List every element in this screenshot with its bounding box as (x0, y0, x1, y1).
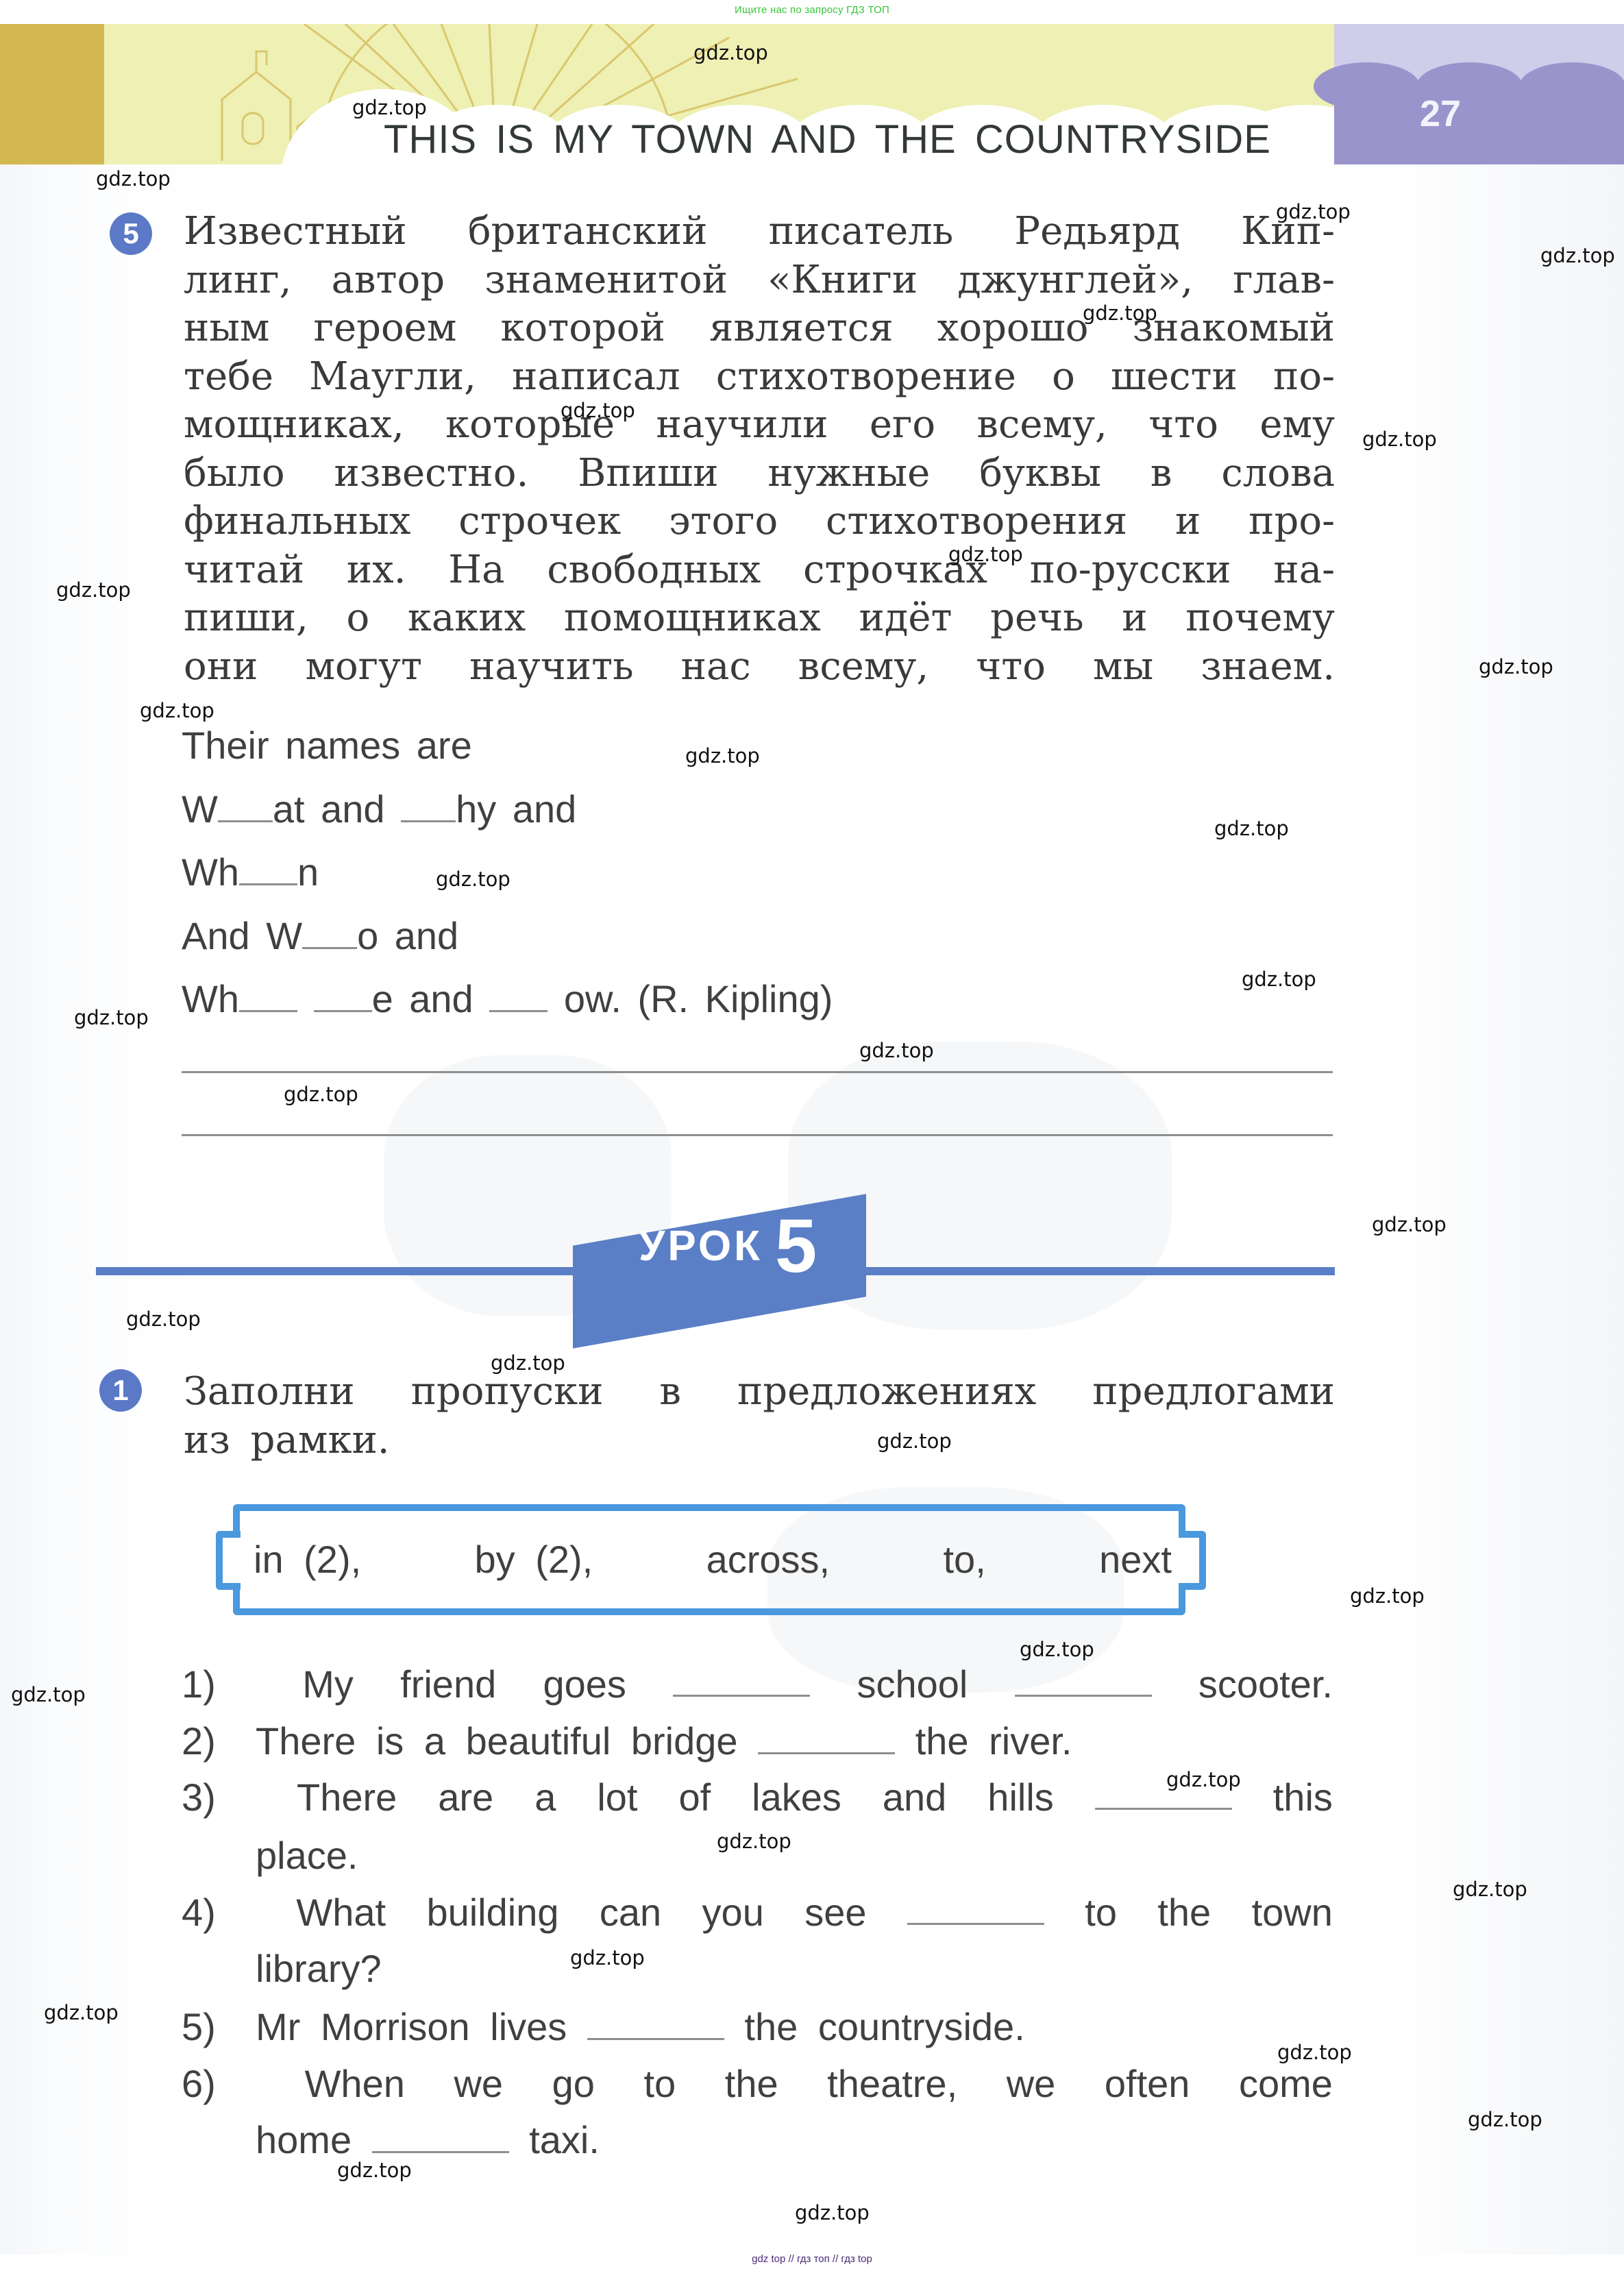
sentence-number: 6) (182, 2061, 256, 2106)
watermark-text: gdz.top (352, 96, 427, 119)
watermark-text: gdz.top (1083, 302, 1157, 325)
word-bank-item: next (1099, 1537, 1172, 1582)
poem-line-2: Wat and hy and (182, 787, 576, 831)
watermark-text: gdz.top (685, 744, 760, 768)
watermark-text: gdz.top (1350, 1584, 1425, 1608)
watermark-text: gdz.top (436, 868, 510, 891)
watermark-text: gdz.top (1277, 2041, 1352, 2064)
watermark-text: gdz.top (491, 1351, 565, 1375)
page-number-band (1334, 86, 1624, 164)
watermark-text: gdz.top (1468, 2108, 1542, 2131)
fill-blank[interactable] (302, 914, 357, 949)
watermark-text: gdz.top (1166, 1768, 1241, 1791)
answer-writing-line[interactable] (182, 1134, 1333, 1136)
promo-banner-top[interactable]: Ищите нас по запросу ГДЗ ТОП (0, 4, 1624, 16)
watermark-text: gdz.top (877, 1429, 952, 1453)
fill-blank[interactable] (239, 850, 297, 885)
watermark-text: gdz.top (1362, 428, 1437, 451)
word-bank-item: to, (943, 1537, 985, 1582)
poem-line-3: Whn (182, 850, 319, 894)
fill-blank[interactable] (401, 787, 456, 822)
sentence-6-continued: home taxi. (256, 2117, 1407, 2162)
sentence-6: 6)Whenwegotothetheatre,weoftencome (182, 2061, 1333, 2106)
watermark-text: gdz.top (795, 2201, 870, 2224)
page-number: 27 (1420, 93, 1461, 135)
watermark-text: gdz.top (1020, 1638, 1094, 1661)
watermark-text: gdz.top (337, 2159, 412, 2182)
watermark-text: gdz.top (1276, 200, 1351, 223)
exercise-number-badge: 1 (99, 1369, 142, 1412)
word-bank-item: by (2), (475, 1537, 593, 1582)
fill-blank[interactable] (907, 1890, 1044, 1925)
watermark-text: gdz.top (74, 1006, 149, 1029)
watermark-text: gdz.top (570, 1946, 645, 1969)
watermark-text: gdz.top (693, 41, 768, 64)
word-bank-item: across, (706, 1537, 831, 1582)
sentence-number: 2) (182, 1719, 256, 1763)
fill-blank[interactable] (372, 2118, 509, 2153)
sentence-number: 3) (182, 1775, 256, 1819)
exercise-5-instruction: Известный британский писатель Редьярд Ки… (184, 208, 1335, 691)
watermark-text: gdz.top (859, 1039, 934, 1062)
sentence-number: 5) (182, 2004, 256, 2049)
sentence-1: 1)Myfriendgoesschoolscooter. (182, 1662, 1333, 1706)
watermark-text: gdz.top (1479, 655, 1553, 678)
watermark-text: gdz.top (717, 1830, 791, 1853)
fill-blank[interactable] (673, 1662, 810, 1697)
promo-banner-bottom[interactable]: gdz top // гдз топ // гдз top (0, 2253, 1624, 2265)
sentence-4: 4)Whatbuildingcanyouseetothetown (182, 1890, 1333, 1935)
fill-blank[interactable] (758, 1719, 895, 1754)
sentence-3: 3)Therearealotoflakesandhillsthis (182, 1775, 1333, 1819)
poem-line-5: Wh e and ow. (R. Kipling) (182, 977, 833, 1021)
fill-blank[interactable] (587, 2005, 724, 2040)
fill-blank[interactable] (218, 787, 273, 822)
watermark-text: gdz.top (56, 578, 131, 602)
fill-blank[interactable] (489, 977, 548, 1012)
watermark-text: gdz.top (126, 1308, 201, 1331)
answer-writing-line[interactable] (182, 1071, 1333, 1073)
sentence-number: 4) (182, 1890, 256, 1935)
exercise-1-instruction: Заполни пропуски в предложениях предлога… (184, 1368, 1335, 1464)
sentence-number: 1) (182, 1662, 256, 1706)
sentence-5: 5)Mr Morrison lives the countryside. (182, 2004, 1333, 2049)
exercise-number-badge: 5 (110, 212, 152, 255)
watermark-text: gdz.top (561, 399, 635, 422)
fill-blank[interactable] (314, 977, 372, 1012)
header-gold-strip (0, 24, 104, 164)
watermark-text: gdz.top (1540, 244, 1615, 267)
sentence-2: 2)There is a beautiful bridge the river. (182, 1719, 1333, 1763)
poem-line-4: And Wo and (182, 913, 458, 958)
word-bank-item: in (2), (254, 1537, 361, 1582)
page-title: THIS IS MY TOWN AND THE COUNTRYSIDE (384, 116, 1309, 162)
fill-blank[interactable] (1015, 1662, 1152, 1697)
word-bank-box-tab (1179, 1531, 1206, 1590)
watermark-text: gdz.top (96, 167, 171, 191)
sentence-4-continued: library? (256, 1946, 1407, 1991)
watermark-text: gdz.top (44, 2001, 119, 2024)
watermark-text: gdz.top (1453, 1878, 1527, 1901)
watermark-text: gdz.top (11, 1683, 86, 1706)
poem-line-1: Their names are (182, 723, 472, 768)
word-bank: in (2), by (2), across, to, next (254, 1537, 1172, 1582)
watermark-text: gdz.top (1242, 968, 1316, 991)
lesson-heading: УРОК5 (598, 1203, 858, 1290)
word-bank-box-tab (216, 1531, 241, 1590)
sentence-3-continued: place. (256, 1833, 1407, 1878)
watermark-text: gdz.top (1372, 1213, 1447, 1236)
watermark-text: gdz.top (1214, 817, 1289, 840)
watermark-text: gdz.top (948, 543, 1023, 566)
watermark-text: gdz.top (284, 1083, 358, 1106)
watermark-text: gdz.top (140, 699, 214, 722)
fill-blank[interactable] (239, 977, 297, 1012)
